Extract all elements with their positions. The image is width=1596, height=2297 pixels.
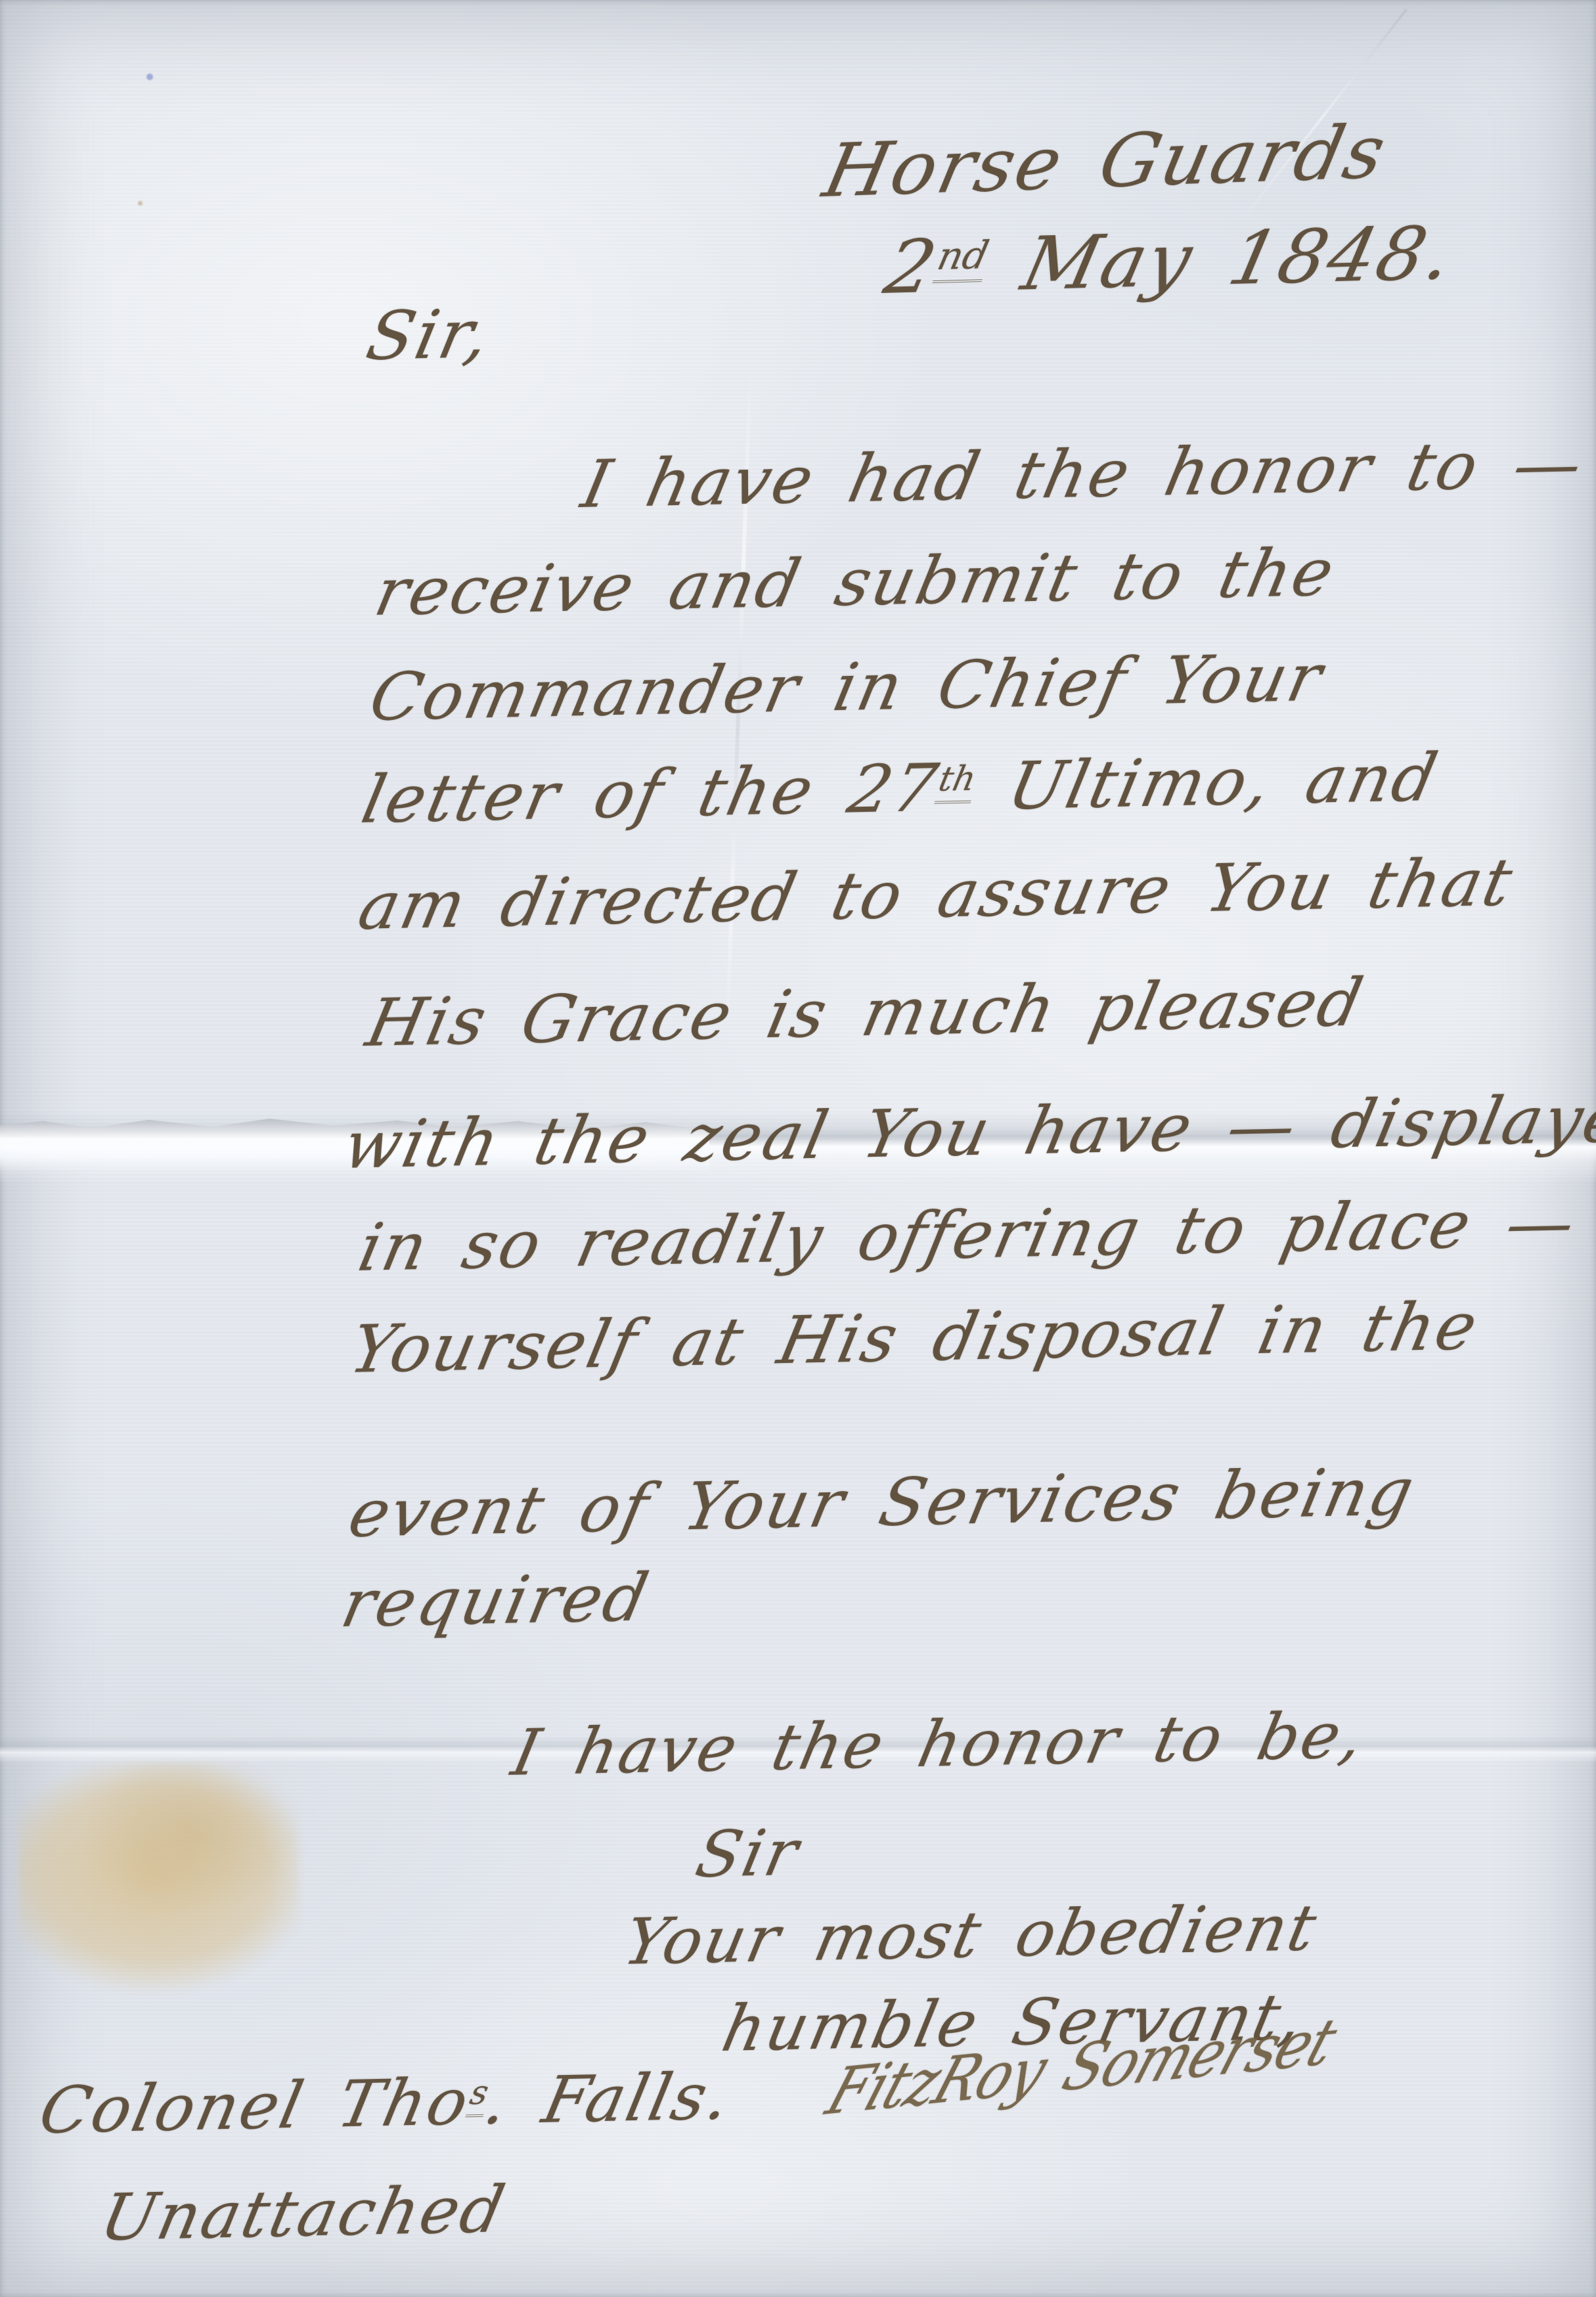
body-line-8: in so readily offering to place — xyxy=(353,1190,1582,1281)
body-line-4-post: Ultimo, and xyxy=(965,739,1446,826)
body-line-5: am directed to assure You that xyxy=(353,849,1519,939)
closing-line-1: I have the honor to be, xyxy=(507,1703,1371,1785)
date-rest: May 1848. xyxy=(976,211,1462,308)
body-line-2: receive and submit to the xyxy=(370,540,1341,625)
heading-place-line: Horse Guards xyxy=(818,116,1393,208)
letter-page: Horse Guards 2nd May 1848. Sir, I have h… xyxy=(0,0,1596,2297)
body-line-1: I have had the honor to — xyxy=(577,431,1589,518)
ink-speck xyxy=(138,201,143,206)
addressee-name-pre: Colonel Tho xyxy=(33,2064,476,2149)
body-line-4: letter of the 27th Ultimo, and xyxy=(357,745,1444,833)
heading-date-line: 2nd May 1848. xyxy=(879,217,1461,305)
body-line-6: His Grace is much pleased xyxy=(361,970,1369,1056)
stain-mark xyxy=(18,1762,299,1996)
body-line-9: Yourself at His disposal in the xyxy=(345,1293,1484,1383)
addressee-line-1: Colonel Thos. Falls. xyxy=(34,2064,737,2143)
blue-fiber-dot xyxy=(146,74,153,80)
addressee-line-2: Unattached xyxy=(95,2177,511,2250)
closing-line-2: Sir xyxy=(691,1821,805,1886)
body-line-10: event of Your Services being xyxy=(344,1459,1421,1547)
closing-line-3: Your most obedient xyxy=(619,1896,1323,1974)
addressee-name-post: . Falls. xyxy=(478,2059,738,2139)
body-line-11: required xyxy=(336,1565,655,1637)
salutation-line: Sir, xyxy=(361,301,497,370)
body-line-4-pre: letter of the 27 xyxy=(355,749,946,838)
body-line-3: Commander in Chief Your xyxy=(365,645,1329,730)
